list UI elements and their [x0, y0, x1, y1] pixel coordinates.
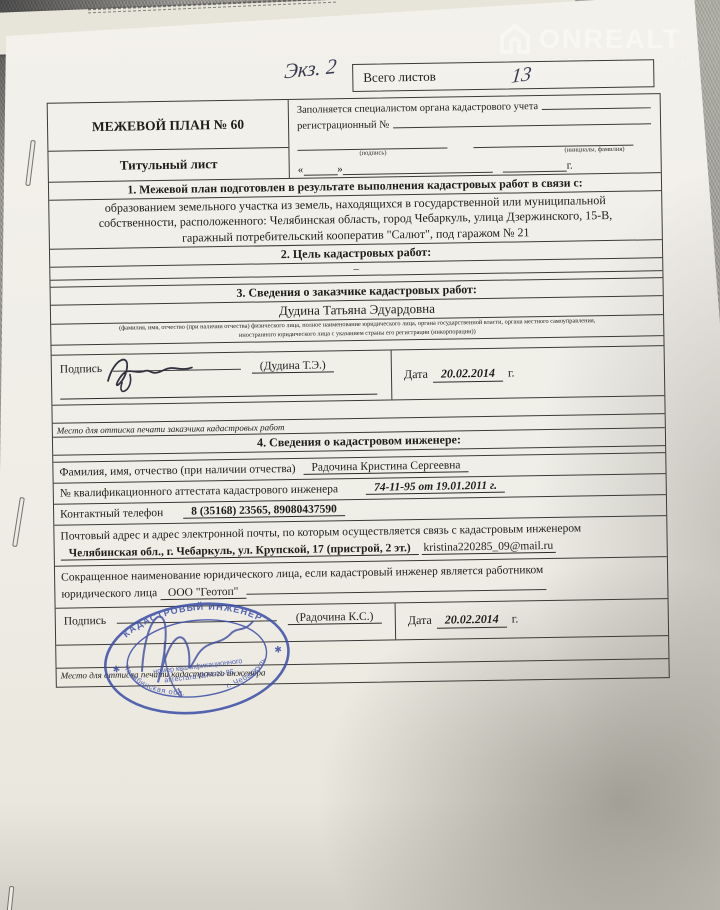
title-table: МЕЖЕВОЙ ПЛАН № 60 Титульный лист Заполня…	[47, 93, 670, 687]
attestat-value: 74-11-95 от 19.01.2011 г.	[366, 480, 505, 495]
initials-caption: (инициалы, фамилия)	[564, 146, 624, 154]
document-page: ONREALT НЕДВИЖИМОСТЬ Экз. 2 Всего листов…	[0, 0, 720, 910]
photo-of-document: ONREALT НЕДВИЖИМОСТЬ Экз. 2 Всего листов…	[0, 0, 720, 910]
customer-date: 20.02.2014	[433, 365, 503, 382]
phone-value: 8 (35168) 23565, 89080437590	[183, 503, 345, 519]
signature-label: Подпись	[64, 615, 106, 628]
year-suffix: г.	[567, 160, 573, 172]
customer-signature	[100, 345, 231, 399]
reg-number-label: регистрационный №	[297, 119, 389, 131]
phone-label: Контактный телефон	[60, 507, 163, 521]
plan-title: МЕЖЕВОЙ ПЛАН № 60	[48, 100, 289, 152]
email-value: kristina220285_09@mail.ru	[421, 540, 555, 555]
signature-caption: (подпись)	[359, 149, 386, 156]
date-label: Дата	[404, 367, 428, 382]
customer-signature-name: (Дудина Т.Э.)	[252, 359, 334, 373]
watermark-brand: ONREALT	[539, 24, 682, 55]
date-suffix: г.	[512, 612, 519, 627]
total-sheets-box: Всего листов 13	[352, 59, 654, 92]
signature-label: Подпись	[60, 363, 102, 376]
engineer-date: 20.02.2014	[437, 611, 507, 628]
house-icon	[497, 22, 533, 56]
handwritten-copy-note: Экз. 2	[283, 54, 337, 85]
address-value: Челябинская обл., г. Чебаркуль, ул. Круп…	[61, 542, 419, 561]
engineer-name-value: Радочина Кристина Сергеевна	[303, 459, 468, 475]
attestat-label: № квалификационного аттестата кадастрово…	[60, 483, 338, 499]
engineer-name-label: Фамилия, имя, отчество (при наличии отче…	[59, 463, 295, 479]
organization-value: ООО "Геотоп"	[160, 586, 247, 600]
date-suffix: г.	[508, 366, 515, 381]
engineer-signature-name: (Радочина К.С.)	[288, 610, 382, 624]
specialist-note: Заполняется специалистом органа кадастро…	[297, 101, 539, 116]
date-label: Дата	[408, 613, 432, 628]
registrar-block: Заполняется специалистом органа кадастро…	[289, 94, 661, 178]
total-sheets-value: 13	[510, 62, 532, 88]
total-sheets-label: Всего листов	[353, 69, 436, 86]
header-row: МЕЖЕВОЙ ПЛАН № 60 Титульный лист Заполня…	[48, 94, 661, 182]
sheet-title: Титульный лист	[48, 148, 288, 182]
